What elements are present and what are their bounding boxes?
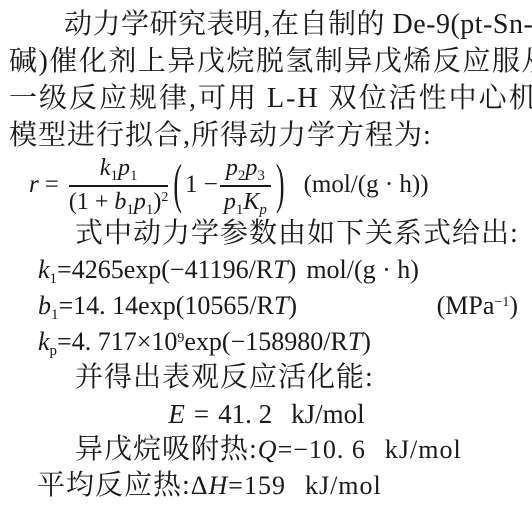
paragraph-line-2: 碱)催化剂上异戊烷脱氢制异戊烯反应服从 [9,43,524,80]
params-intro-line: 式中动力学参数由如下关系式给出: [9,216,524,252]
param-unit: (MPa−1) [437,288,518,324]
reaction-heat-value: 159 [244,471,286,500]
activation-unit: kJ/mol [291,399,365,429]
var-p: p [118,155,130,181]
paragraph-line-1: 动力学研究表明,在自制的 De-9(pt-Sn- [9,6,524,43]
param-expression: exp(−158980/R [184,327,347,356]
fraction-denominator: (1 + b1p1)2 [69,187,169,216]
adsorption-heat-line: 异戊烷吸附热:Q=−10. 6kJ/mol [9,432,524,468]
var-p: p [224,189,236,215]
param-symbol-b: b [38,291,51,320]
var-p: p [134,189,146,215]
param-expression: =4. 717×10 [57,327,177,356]
right-paren: ) [276,154,285,217]
param-expression: =4265exp(−41196/R [57,255,273,284]
var-T: T [348,327,362,356]
sub-1: 1 [51,307,59,323]
reaction-heat-line: 平均反应热:ΔH=159kJ/mol [9,468,524,504]
adsorption-label: 异戊烷吸附热: [75,434,258,465]
sub-p: p [50,343,58,359]
paragraph-line-4: 模型进行拟合,所得动力学方程为: [9,117,524,154]
one-minus-term: 1 − [185,171,218,199]
activation-energy-equation: E=41. 2kJ/mol [9,396,524,432]
var-p: p [226,155,238,181]
paren-term: (1 + [69,189,115,215]
activation-intro-line: 并得出表观反应活化能: [9,360,524,396]
adsorption-unit: kJ/mol [385,435,462,464]
var-b: b [114,189,126,215]
rate-lhs: r [29,171,39,199]
var-H: H [209,471,229,500]
fraction-numerator: k1p1 [69,155,169,187]
exponent-minus1: −1 [494,295,509,310]
var-Q: Q [258,435,278,464]
paragraph-line-3: 一级反应规律,可用 L-H 双位活性中心机理 [9,80,524,117]
driving-force-fraction: p2p3p1Kp [220,155,271,216]
param-expression: ) [288,291,297,320]
param-expression: ) [362,327,371,356]
equals-sign: = [278,435,294,464]
delta-symbol: Δ [191,471,209,500]
equals-sign: = [228,471,244,500]
sub-1: 1 [110,168,118,184]
unit-text: ) [509,291,518,320]
rate-unit: (mol/(g · h)) [304,171,429,199]
adsorption-value: −10. 6 [293,435,366,464]
var-T: T [273,255,287,284]
fraction-numerator: p2p3 [220,155,271,187]
var-T: T [274,291,288,320]
left-paren: ( [173,154,182,217]
main-fraction: k1p1(1 + b1p1)2 [69,155,169,216]
var-p: p [245,155,257,181]
reaction-heat-label: 平均反应热: [37,470,191,501]
param-row-k1: k1=4265exp(−41196/RT)mol/(g · h) [38,252,524,288]
param-row-kp: kp=4. 717×109exp(−158980/RT) [38,324,524,360]
document-page: 动力学研究表明,在自制的 De-9(pt-Sn- 碱)催化剂上异戊烷脱氢制异戊烯… [0,0,532,504]
sub-3: 3 [257,168,265,184]
activation-value: 41. 2 [218,399,272,429]
param-expression: ) [288,255,297,284]
rate-equation: r=k1p1(1 + b1p1)2(1 − p2p3p1Kp)(mol/(g ·… [29,154,524,216]
param-row-b1: b1=14. 14exp(10565/RT)(MPa−1) [38,288,524,324]
intro-paragraph: 动力学研究表明,在自制的 De-9(pt-Sn- 碱)催化剂上异戊烷脱氢制异戊烯… [9,6,524,154]
param-unit: mol/(g · h) [306,255,419,284]
param-expression: =14. 14exp(10565/R [59,291,274,320]
var-k: k [100,155,111,181]
fraction-denominator: p1Kp [220,187,271,216]
sub-1: 1 [50,271,58,287]
var-K: K [243,189,259,215]
param-symbol-k: k [38,255,50,284]
reaction-heat-unit: kJ/mol [305,471,382,500]
param-symbol-k: k [38,327,50,356]
exponent-2: 2 [161,190,168,205]
unit-text: (MPa [437,291,495,320]
sub-1: 1 [130,168,138,184]
equals-sign: = [45,171,59,199]
var-E: E [168,399,185,429]
equals-sign: = [194,399,209,429]
